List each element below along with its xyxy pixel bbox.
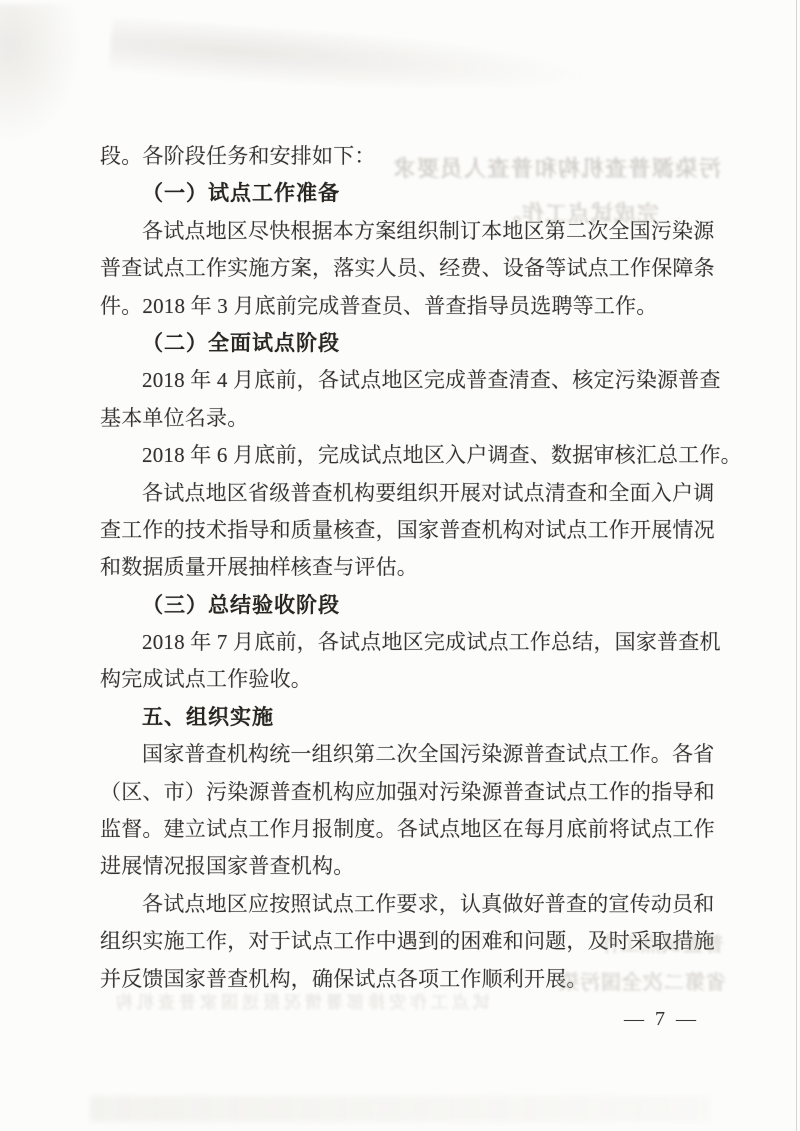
text-line: 查工作的技术指导和质量核查，国家普查机构对试点工作开展情况 — [100, 512, 694, 549]
heading-line: （二）全面试点阶段 — [100, 325, 694, 362]
text-line: 件。2018 年 3 月底前完成普查员、普查指导员选聘等工作。 — [100, 288, 694, 325]
text-line: 组织实施工作，对于试点工作中遇到的困难和问题，及时采取措施 — [100, 923, 694, 960]
text-line: 国家普查机构统一组织第二次全国污染源普查试点工作。各省 — [100, 736, 694, 773]
text-line: 监督。建立试点工作月报制度。各试点地区在每月底前将试点工作 — [100, 811, 694, 848]
text-line: 各试点地区省级普查机构要组织开展对试点清查和全面入户调 — [100, 475, 694, 512]
text-line: 构完成试点工作验收。 — [100, 661, 694, 698]
heading-line: （一）试点工作准备 — [100, 175, 694, 212]
heading-line: （三）总结验收阶段 — [100, 587, 694, 624]
text-line: （区、市）污染源普查机构应加强对污染源普查试点工作的指导和 — [100, 774, 694, 811]
text-line: 段。各阶段任务和安排如下： — [100, 138, 694, 175]
text-line: 并反馈国家普查机构，确保试点各项工作顺利开展。 — [100, 961, 694, 998]
text-line: 各试点地区应按照试点工作要求，认真做好普查的宣传动员和 — [100, 886, 694, 923]
text-line: 和数据质量开展抽样核查与评估。 — [100, 549, 694, 586]
text-line: 基本单位名录。 — [100, 400, 694, 437]
document-body: 段。各阶段任务和安排如下：（一）试点工作准备各试点地区尽快根据本方案组织制订本地… — [100, 138, 694, 998]
scan-smudge — [109, 17, 592, 106]
scan-smudge — [0, 4, 82, 144]
page-number: — 7 — — [624, 1006, 699, 1032]
text-line: 各试点地区尽快根据本方案组织制订本地区第二次全国污染源 — [100, 213, 694, 250]
text-line: 2018 年 4 月底前，各试点地区完成普查清查、核定污染源普查 — [100, 362, 694, 399]
text-line: 2018 年 7 月底前，各试点地区完成试点工作总结，国家普查机 — [100, 624, 694, 661]
scan-edge-line — [796, 0, 797, 1131]
text-line: 进展情况报国家普查机构。 — [100, 848, 694, 885]
heading-line: 五、组织实施 — [100, 699, 694, 736]
scan-smudge — [90, 1096, 710, 1122]
text-line: 2018 年 6 月底前，完成试点地区入户调查、数据审核汇总工作。 — [100, 437, 694, 474]
scanned-document-page: 段。各阶段任务和安排如下：（一）试点工作准备各试点地区尽快根据本方案组织制订本地… — [0, 0, 800, 1131]
text-line: 普查试点工作实施方案，落实人员、经费、设备等试点工作保障条 — [100, 250, 694, 287]
